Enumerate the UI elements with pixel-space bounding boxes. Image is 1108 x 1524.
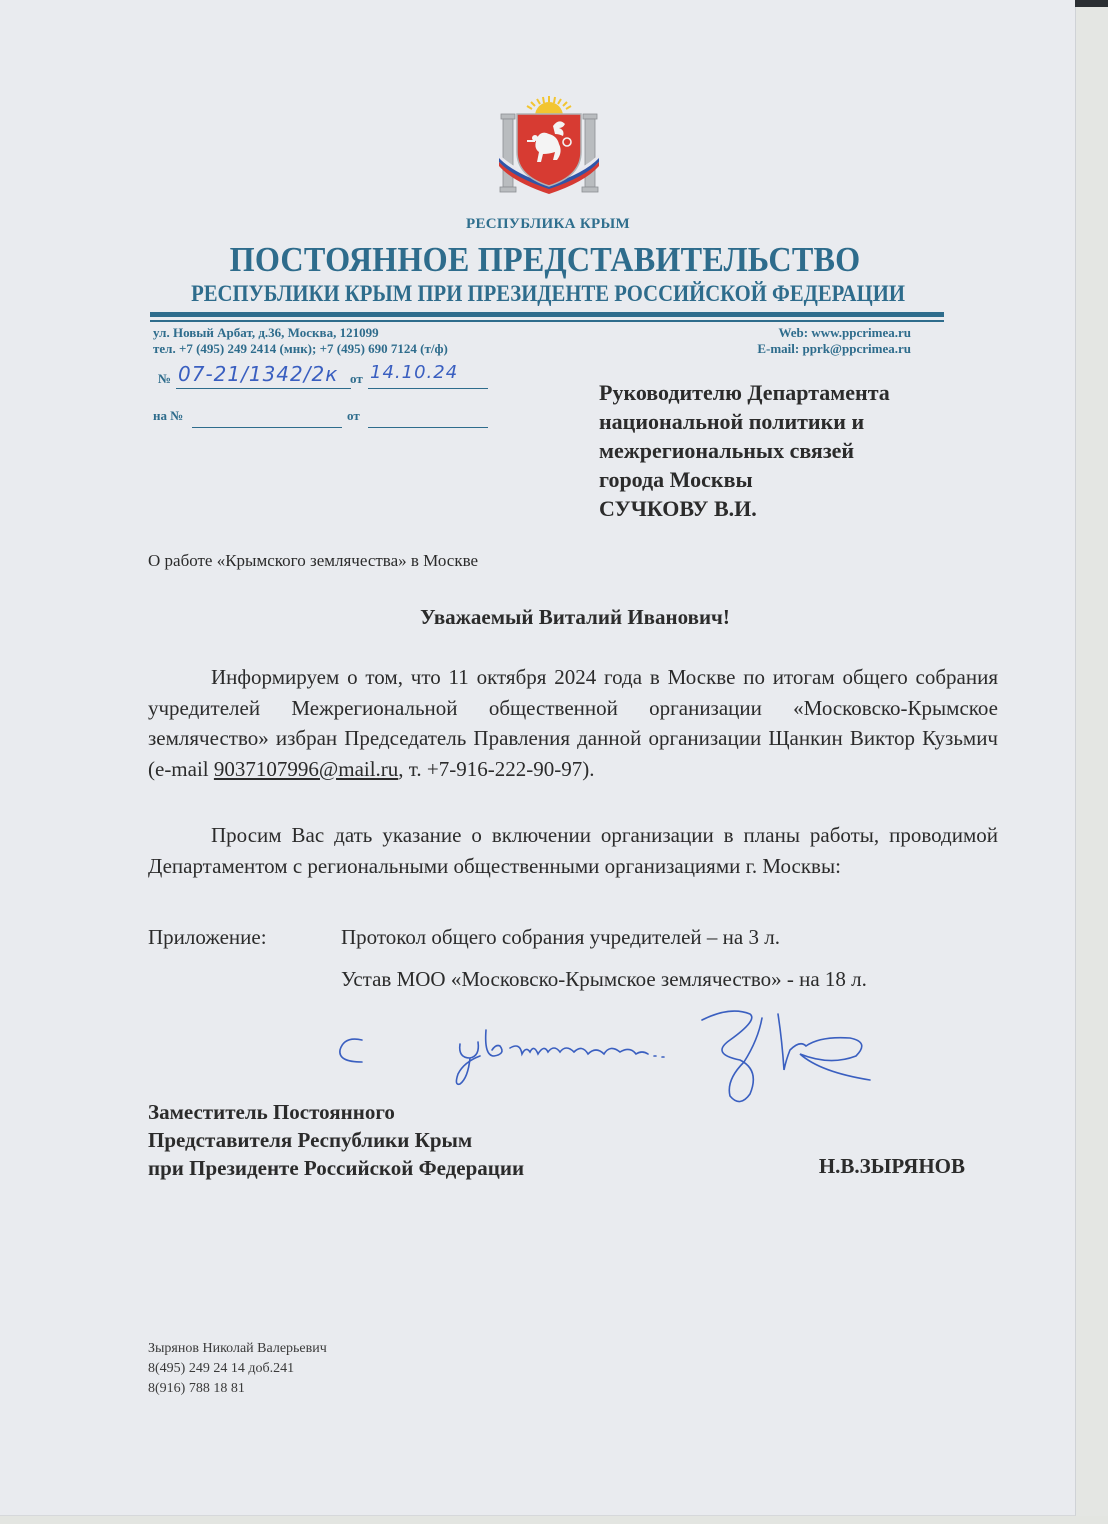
executor-phone: 8(916) 788 18 81 <box>148 1379 327 1399</box>
signer-title-line: Заместитель Постоянного <box>148 1098 524 1126</box>
body-paragraph-2: Просим Вас дать указание о включении орг… <box>148 820 998 881</box>
reg-number-field: 07-21/1342/2к <box>176 366 351 389</box>
salutation: Уважаемый Виталий Иванович! <box>0 605 1108 630</box>
signer-title: Заместитель Постоянного Представителя Ре… <box>148 1098 524 1182</box>
reg-number-label: № <box>158 371 171 387</box>
reply-date-label: от <box>347 408 360 424</box>
attachment-item: Устав МОО «Московско-Крымское землячеств… <box>341 967 867 992</box>
email: E-mail: pprk@ppcrimea.ru <box>757 341 911 357</box>
attachment-item: Протокол общего собрания учредителей – н… <box>341 925 780 950</box>
addressee-line: национальной политики и <box>599 407 890 436</box>
header-rule-thick <box>150 312 944 317</box>
addressee-line: СУЧКОВУ В.И. <box>599 494 890 523</box>
reg-date-label: от <box>350 371 363 387</box>
header-rule-thin <box>150 320 944 322</box>
signer-title-line: при Президенте Российской Федерации <box>148 1154 524 1182</box>
addressee-line: города Москвы <box>599 465 890 494</box>
executor-phone: 8(495) 249 24 14 доб.241 <box>148 1359 327 1379</box>
body-text-tail: , т. +7-916-222-90-97). <box>398 757 594 781</box>
reply-date-field <box>368 407 488 428</box>
reply-number-field <box>192 407 342 428</box>
reg-number-value: 07-21/1342/2к <box>178 362 338 386</box>
letter-subject: О работе «Крымского землячества» в Москв… <box>148 551 478 571</box>
email-link[interactable]: 9037107996@mail.ru <box>214 757 398 781</box>
body-paragraph-1: Информируем о том, что 11 октября 2024 г… <box>148 662 998 784</box>
signer-title-line: Представителя Республики Крым <box>148 1126 524 1154</box>
republic-label: РЕСПУБЛИКА КРЫМ <box>0 216 1096 233</box>
reg-date-field: 14.10.24 <box>368 366 488 389</box>
addressee-line: межрегиональных связей <box>599 436 890 465</box>
phones: тел. +7 (495) 249 2414 (мнк); +7 (495) 6… <box>153 341 448 357</box>
reply-number-label: на № <box>153 408 183 424</box>
letterhead-title: ПОСТОЯННОЕ ПРЕДСТАВИТЕЛЬСТВО <box>44 240 1047 280</box>
scan-edge <box>0 1516 1108 1524</box>
letter-page: РЕСПУБЛИКА КРЫМ ПОСТОЯННОЕ ПРЕДСТАВИТЕЛЬ… <box>0 0 1076 1516</box>
address: ул. Новый Арбат, д.36, Москва, 121099 <box>153 325 448 341</box>
attachments-label: Приложение: <box>148 925 267 950</box>
reg-date-value: 14.10.24 <box>370 362 458 383</box>
signer-name: Н.В.ЗЫРЯНОВ <box>819 1154 965 1179</box>
addressee-block: Руководителю Департамента национальной п… <box>599 378 890 523</box>
scan-edge <box>1076 7 1108 1524</box>
contact-block-left: ул. Новый Арбат, д.36, Москва, 121099 те… <box>153 325 448 357</box>
handwritten-signature <box>330 1000 900 1110</box>
scan-edge <box>1075 0 1108 7</box>
contact-block-right: Web: www.ppcrimea.ru E-mail: pprk@ppcrim… <box>757 325 911 357</box>
letterhead-subtitle: РЕСПУБЛИКИ КРЫМ ПРИ ПРЕЗИДЕНТЕ РОССИЙСКО… <box>55 281 1041 307</box>
executor-block: Зырянов Николай Валерьевич 8(495) 249 24… <box>148 1339 327 1399</box>
executor-name: Зырянов Николай Валерьевич <box>148 1339 327 1359</box>
coat-of-arms-icon <box>493 94 605 198</box>
addressee-line: Руководителю Департамента <box>599 378 890 407</box>
website: Web: www.ppcrimea.ru <box>757 325 911 341</box>
